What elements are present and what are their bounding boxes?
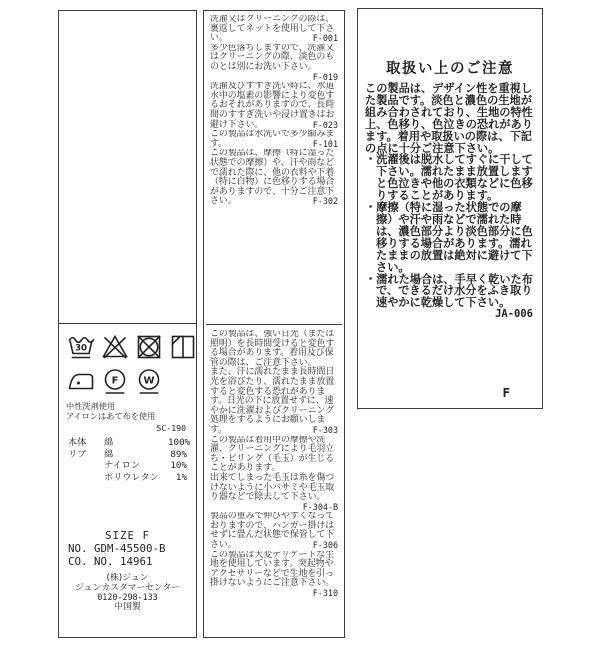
- care-symbols-row-1: 30: [59, 325, 196, 360]
- composition-row: リブ 綿 89%: [68, 449, 187, 461]
- bullet-marker: ・: [365, 201, 376, 214]
- instruction-code: F-302: [313, 197, 338, 207]
- bullet-text: 洗濯後は脱水してすぐに干して下さい。濡れたまま放置しますと色泣きや他の衣類などに…: [376, 153, 533, 202]
- svg-text:30: 30: [75, 344, 87, 354]
- bullet-text: 濡れた場合は、手早く乾いた布で、できるだけ水分をふき取り速やかに乾燥して下さい。: [376, 273, 533, 310]
- instruction-text: この製品は、強い日光（または照明）を長時間受けると変色する場合があります。着用及…: [210, 330, 334, 435]
- instruction-code: F-001: [313, 34, 338, 44]
- precautions-code: JA-006: [365, 309, 535, 321]
- line-dry-in-shade-icon: [168, 332, 198, 360]
- sc-code: SC-190: [59, 421, 196, 433]
- instruction-paragraph: この製品は大変デリケートな生地を使用しています。突起物やアクセサリーなどで生地を…: [210, 551, 338, 599]
- composition-material: 綿: [104, 437, 168, 449]
- care-notes: 中性洗剤使用 アイロンはあて布を使用: [59, 395, 196, 421]
- instruction-code: F-019: [313, 73, 338, 83]
- care-symbols-row-2: F W: [59, 360, 196, 395]
- size-label: SIZE F: [68, 529, 187, 542]
- instruction-text: この製品は着用中の摩擦や洗濯、クリーニングにより毛羽立ち・ピリング（毛玉）が生じ…: [210, 436, 334, 503]
- instruction-code: F-023: [313, 121, 338, 131]
- middle-panel-divider: [206, 324, 342, 325]
- iron-note: アイロンはあて布を使用: [66, 412, 189, 422]
- instruction-paragraph: 製品の重みで伸びやすくなっておりますので、ハンガー掛けはせずに畳んだ状態で保管し…: [210, 512, 338, 550]
- instruction-paragraph: 多少色落ちしますので、洗濯又はクリーニングの際、淡色のものとは別にお洗い下さい。…: [210, 44, 338, 82]
- composition-part: 本体: [68, 437, 104, 449]
- composition-part: [68, 472, 104, 484]
- product-id-block: SIZE F NO. GDM-45500-B CO. NO. 14961: [59, 529, 196, 568]
- composition-part: [68, 460, 104, 472]
- svg-text:F: F: [112, 376, 119, 387]
- precaution-bullet: ・濡れた場合は、手早く乾いた布で、できるだけ水分をふき取り速やかに乾燥して下さい…: [365, 274, 535, 310]
- composition-part: リブ: [68, 449, 104, 461]
- instruction-text: 多少色落ちしますので、洗濯又はクリーニングの際、淡色のものとは別にお洗い下さい。: [210, 44, 334, 72]
- composition-material: ポリウレタン: [104, 472, 168, 484]
- instruction-paragraph: この製品は、摩擦（特に湿った状態での摩擦）や、汗や雨などで濡れた際に、他の衣料や…: [210, 149, 338, 207]
- size-mark: F: [502, 385, 510, 400]
- instruction-paragraph: この製品は水洗いで多少縮みます。 F-101: [210, 130, 338, 149]
- co-number: CO. NO. 14961: [68, 555, 187, 568]
- left-panel-lower-section: 30: [59, 325, 196, 613]
- bullet-text: 摩擦（特に湿った状態での摩擦）や汗や雨などで濡れた時は、濃色部分より淡色部分に色…: [376, 201, 533, 274]
- care-label-left-panel: 30: [58, 10, 197, 638]
- left-panel-divider: [59, 323, 196, 324]
- composition-row: 本体 綿 100%: [68, 437, 187, 449]
- company-block: (株)ジュン ジュンカスタマーセンター 0120-298-133 中国製: [59, 574, 196, 612]
- svg-text:W: W: [143, 376, 154, 387]
- instruction-text: この製品は大変デリケートな生地を使用しています。突起物やアクセサリーなどで生地を…: [210, 551, 334, 589]
- precaution-bullet: ・摩擦（特に湿った状態での摩擦）や汗や雨などで濡れた時は、濃色部分より淡色部分に…: [365, 202, 535, 273]
- instruction-code: F-306: [313, 541, 338, 551]
- composition-material: 綿: [104, 449, 168, 461]
- precautions-body: この製品は、デザイン性を重視した製品です。淡色と濃色の生地が組み合わされており、…: [358, 78, 542, 321]
- handling-precautions-panel: 取扱い上のご注意 この製品は、デザイン性を重視した製品です。淡色と濃色の生地が組…: [357, 8, 543, 409]
- composition-percent: 100%: [168, 437, 190, 449]
- middle-panel-bottom-section: この製品は、強い日光（または照明）を長時間受けると変色する場合があります。着用及…: [204, 326, 344, 599]
- iron-low-icon: [66, 367, 96, 395]
- no-tumble-dry-icon: [134, 332, 164, 360]
- composition-percent: 10%: [168, 460, 187, 472]
- composition-row: ナイロン 10%: [68, 460, 187, 472]
- instruction-paragraph: 洗濯及びすすぎ洗い時に、水道水中の塩素の影響により変色するおそれがありますので、…: [210, 82, 338, 130]
- precautions-bullet-list: ・洗濯後は脱水してすぐに干して下さい。濡れたまま放置しますと色泣きや他の衣類など…: [365, 154, 535, 309]
- bullet-marker: ・: [365, 273, 376, 286]
- composition-percent: 89%: [168, 449, 187, 461]
- care-instructions-middle-panel: 洗濯又はクリーニングの際は、裏返してネットを使用して下さい。 F-001 多少色…: [203, 10, 345, 638]
- composition-row: ポリウレタン 1%: [68, 472, 187, 484]
- composition-table: 本体 綿 100% リブ 綿 89% ナイロン 10%: [59, 433, 196, 483]
- dry-clean-petroleum-gentle-icon: F: [100, 367, 130, 395]
- wet-clean-gentle-icon: W: [134, 367, 164, 395]
- instruction-code: F-304-B: [303, 503, 338, 513]
- country-of-origin: 中国製: [59, 603, 196, 613]
- product-number: NO. GDM-45500-B: [68, 542, 187, 555]
- middle-panel-top-section: 洗濯又はクリーニングの際は、裏返してネットを使用して下さい。 F-001 多少色…: [204, 11, 344, 207]
- composition-material: ナイロン: [104, 460, 168, 472]
- instruction-paragraph: 洗濯又はクリーニングの際は、裏返してネットを使用して下さい。 F-001: [210, 15, 338, 44]
- instruction-paragraph: この製品は、強い日光（または照明）を長時間受けると変色する場合があります。着用及…: [210, 330, 338, 436]
- precaution-bullet: ・洗濯後は脱水してすぐに干して下さい。濡れたまま放置しますと色泣きや他の衣類など…: [365, 154, 535, 202]
- precautions-title: 取扱い上のご注意: [358, 57, 542, 78]
- machine-wash-30-gentle-icon: 30: [66, 332, 96, 360]
- instruction-paragraph: この製品は着用中の摩擦や洗濯、クリーニングにより毛羽立ち・ピリング（毛玉）が生じ…: [210, 436, 338, 513]
- precautions-intro: この製品は、デザイン性を重視した製品です。淡色と濃色の生地が組み合わされており、…: [365, 83, 535, 154]
- no-bleach-icon: [100, 332, 130, 360]
- instruction-code: F-303: [313, 426, 338, 436]
- composition-percent: 1%: [168, 472, 187, 484]
- bullet-marker: ・: [365, 153, 376, 166]
- instruction-code: F-101: [313, 140, 338, 150]
- instruction-code: F-310: [313, 589, 338, 599]
